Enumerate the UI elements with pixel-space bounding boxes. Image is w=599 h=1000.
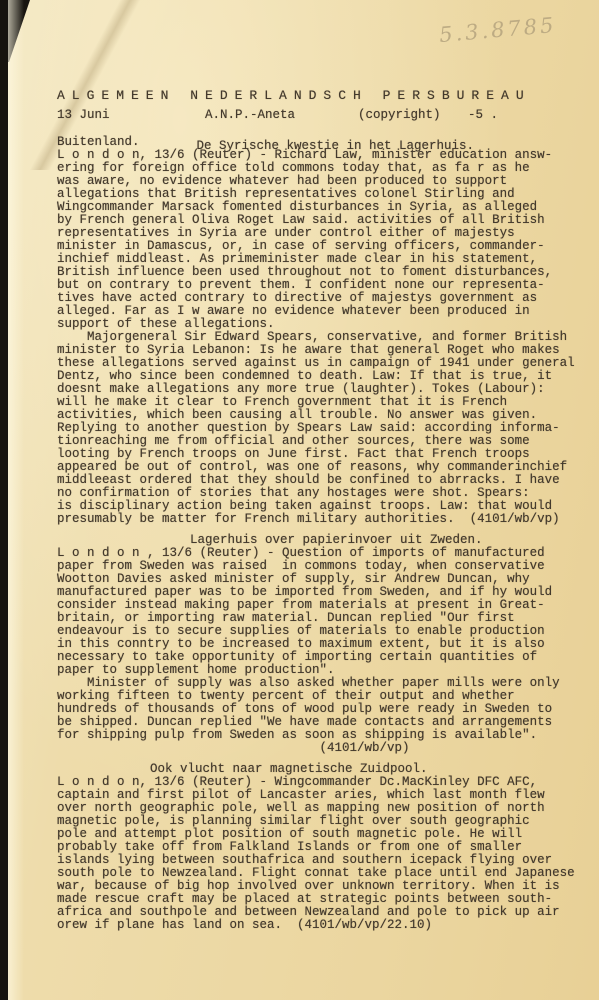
issue-date: 13 Juni [57,109,110,122]
bureau-title: ALGEMEEN NEDERLANDSCH PERSBUREAU [57,89,589,102]
typewritten-content: ALGEMEEN NEDERLANDSCH PERSBUREAU 13 Juni… [57,89,589,932]
article-body: L o n d o n, 13/6 (Reuter) - Wingcommand… [57,776,589,932]
page-number: -5 . [468,109,498,122]
article-body: L o n d o n , 13/6 (Reuter) - Question o… [57,547,589,755]
scanned-press-bulletin-page: 5.3.8785 ALGEMEEN NEDERLANDSCH PERSBUREA… [0,0,599,1000]
paper-edge-highlight [8,0,24,1000]
text-line: (4101/wb/vp) [57,742,589,755]
agency-name: A.N.P.-Aneta [205,109,295,122]
handwritten-archive-number: 5.3.8785 [439,13,558,47]
copyright-note: (copyright) [358,109,441,122]
text-line: presumably be matter for French military… [57,513,589,526]
header-meta-row: 13 Juni A.N.P.-Aneta (copyright) -5 . [57,109,589,122]
scan-edge-strip [0,0,8,1000]
section-label: Buitenland. [57,135,140,149]
text-line: orew if plane has land on sea. (4101/wb/… [57,919,589,932]
article-heading: De Syrische kwestie in het Lagerhuis. [197,140,475,153]
article-body: L o n d o n, 13/6 (Reuter) - Richard Law… [57,149,589,526]
